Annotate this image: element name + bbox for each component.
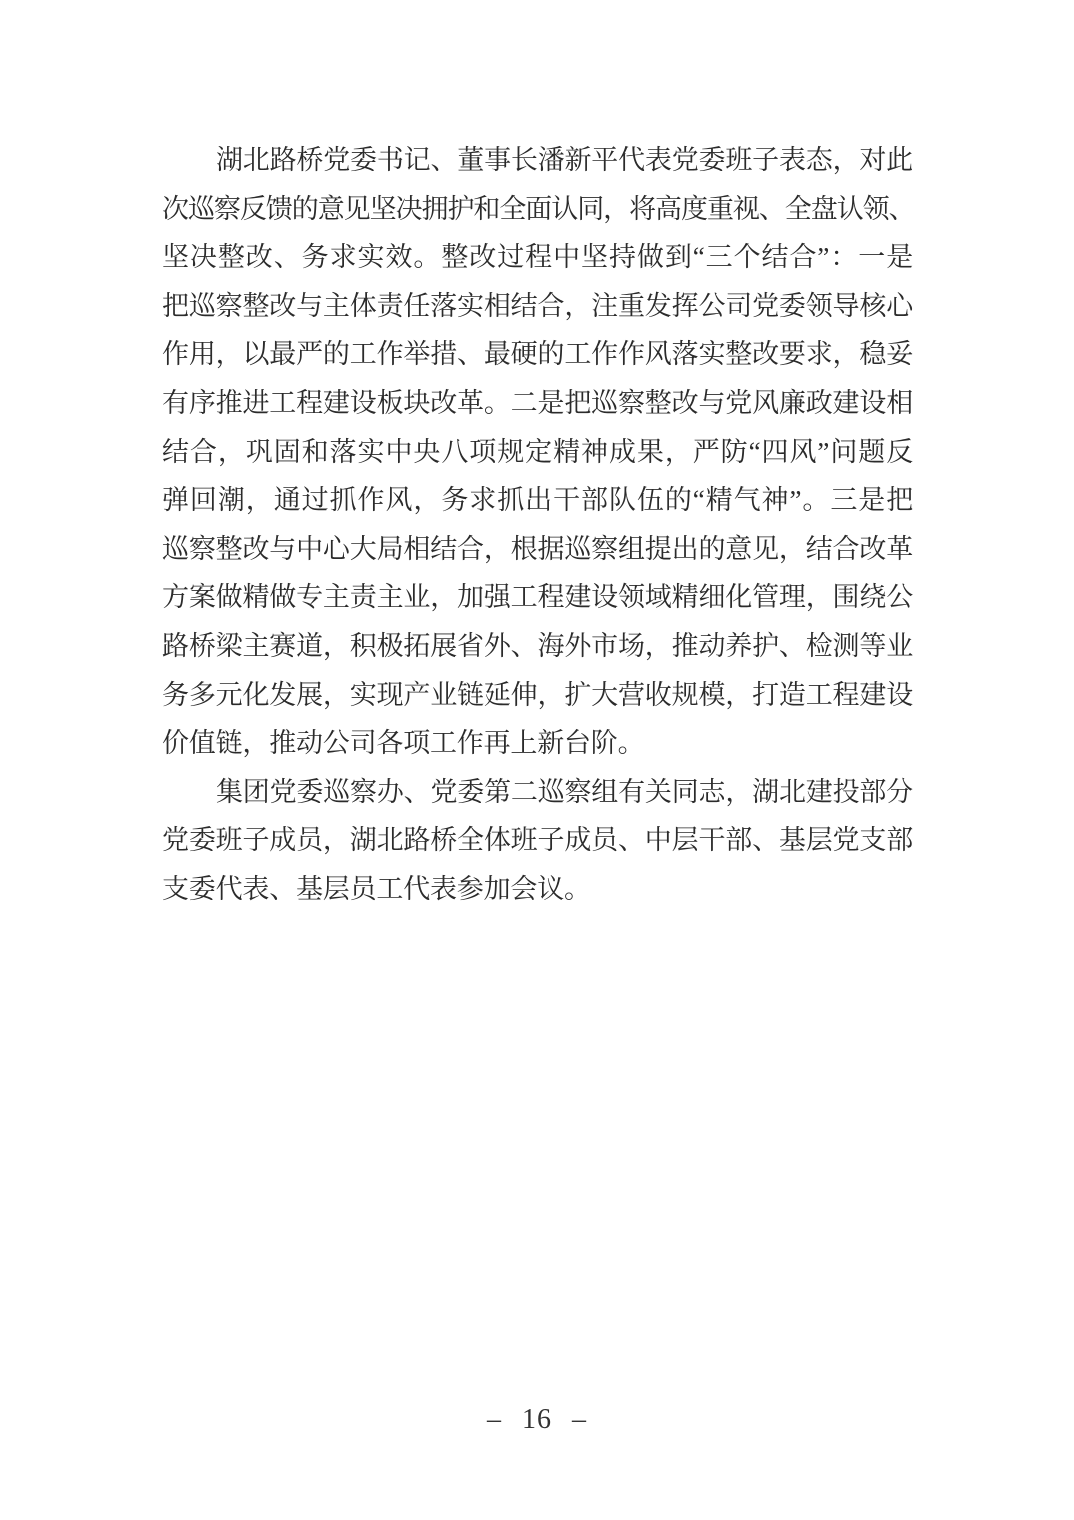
text-line: 把巡察整改与主体责任落实相结合，注重发挥公司党委领导核心 [162,282,913,331]
text-line: 党委班子成员，湖北路桥全体班子成员、中层干部、基层党支部 [162,816,913,865]
text-line: 支委代表、基层员工代表参加会议。 [162,865,913,914]
page-number: – 16 – [487,1404,587,1435]
document-page: 湖北路桥党委书记、董事长潘新平代表党委班子表态，对此次巡察反馈的意见坚决拥护和全… [0,0,1074,1520]
text-line: 路桥梁主赛道，积极拓展省外、海外市场，推动养护、检测等业 [162,622,913,671]
text-line: 务多元化发展，实现产业链延伸，扩大营收规模，打造工程建设 [162,671,913,720]
text-line: 次巡察反馈的意见坚决拥护和全面认同，将高度重视、全盘认领、 [162,185,913,234]
text-line: 结合，巩固和落实中央八项规定精神成果，严防“四风”问题反 [162,428,913,477]
text-line: 集团党委巡察办、党委第二巡察组有关同志，湖北建投部分 [162,768,913,817]
body-text: 湖北路桥党委书记、董事长潘新平代表党委班子表态，对此次巡察反馈的意见坚决拥护和全… [162,136,913,914]
text-line: 湖北路桥党委书记、董事长潘新平代表党委班子表态，对此 [162,136,913,185]
page-footer: – 16 – [0,1404,1074,1436]
text-line: 巡察整改与中心大局相结合，根据巡察组提出的意见，结合改革 [162,525,913,574]
text-line: 有序推进工程建设板块改革。二是把巡察整改与党风廉政建设相 [162,379,913,428]
text-line: 价值链，推动公司各项工作再上新台阶。 [162,719,913,768]
text-line: 作用，以最严的工作举措、最硬的工作作风落实整改要求，稳妥 [162,330,913,379]
text-line: 弹回潮，通过抓作风，务求抓出干部队伍的“精气神”。三是把 [162,476,913,525]
text-line: 坚决整改、务求实效。整改过程中坚持做到“三个结合”：一是 [162,233,913,282]
text-line: 方案做精做专主责主业，加强工程建设领域精细化管理，围绕公 [162,573,913,622]
